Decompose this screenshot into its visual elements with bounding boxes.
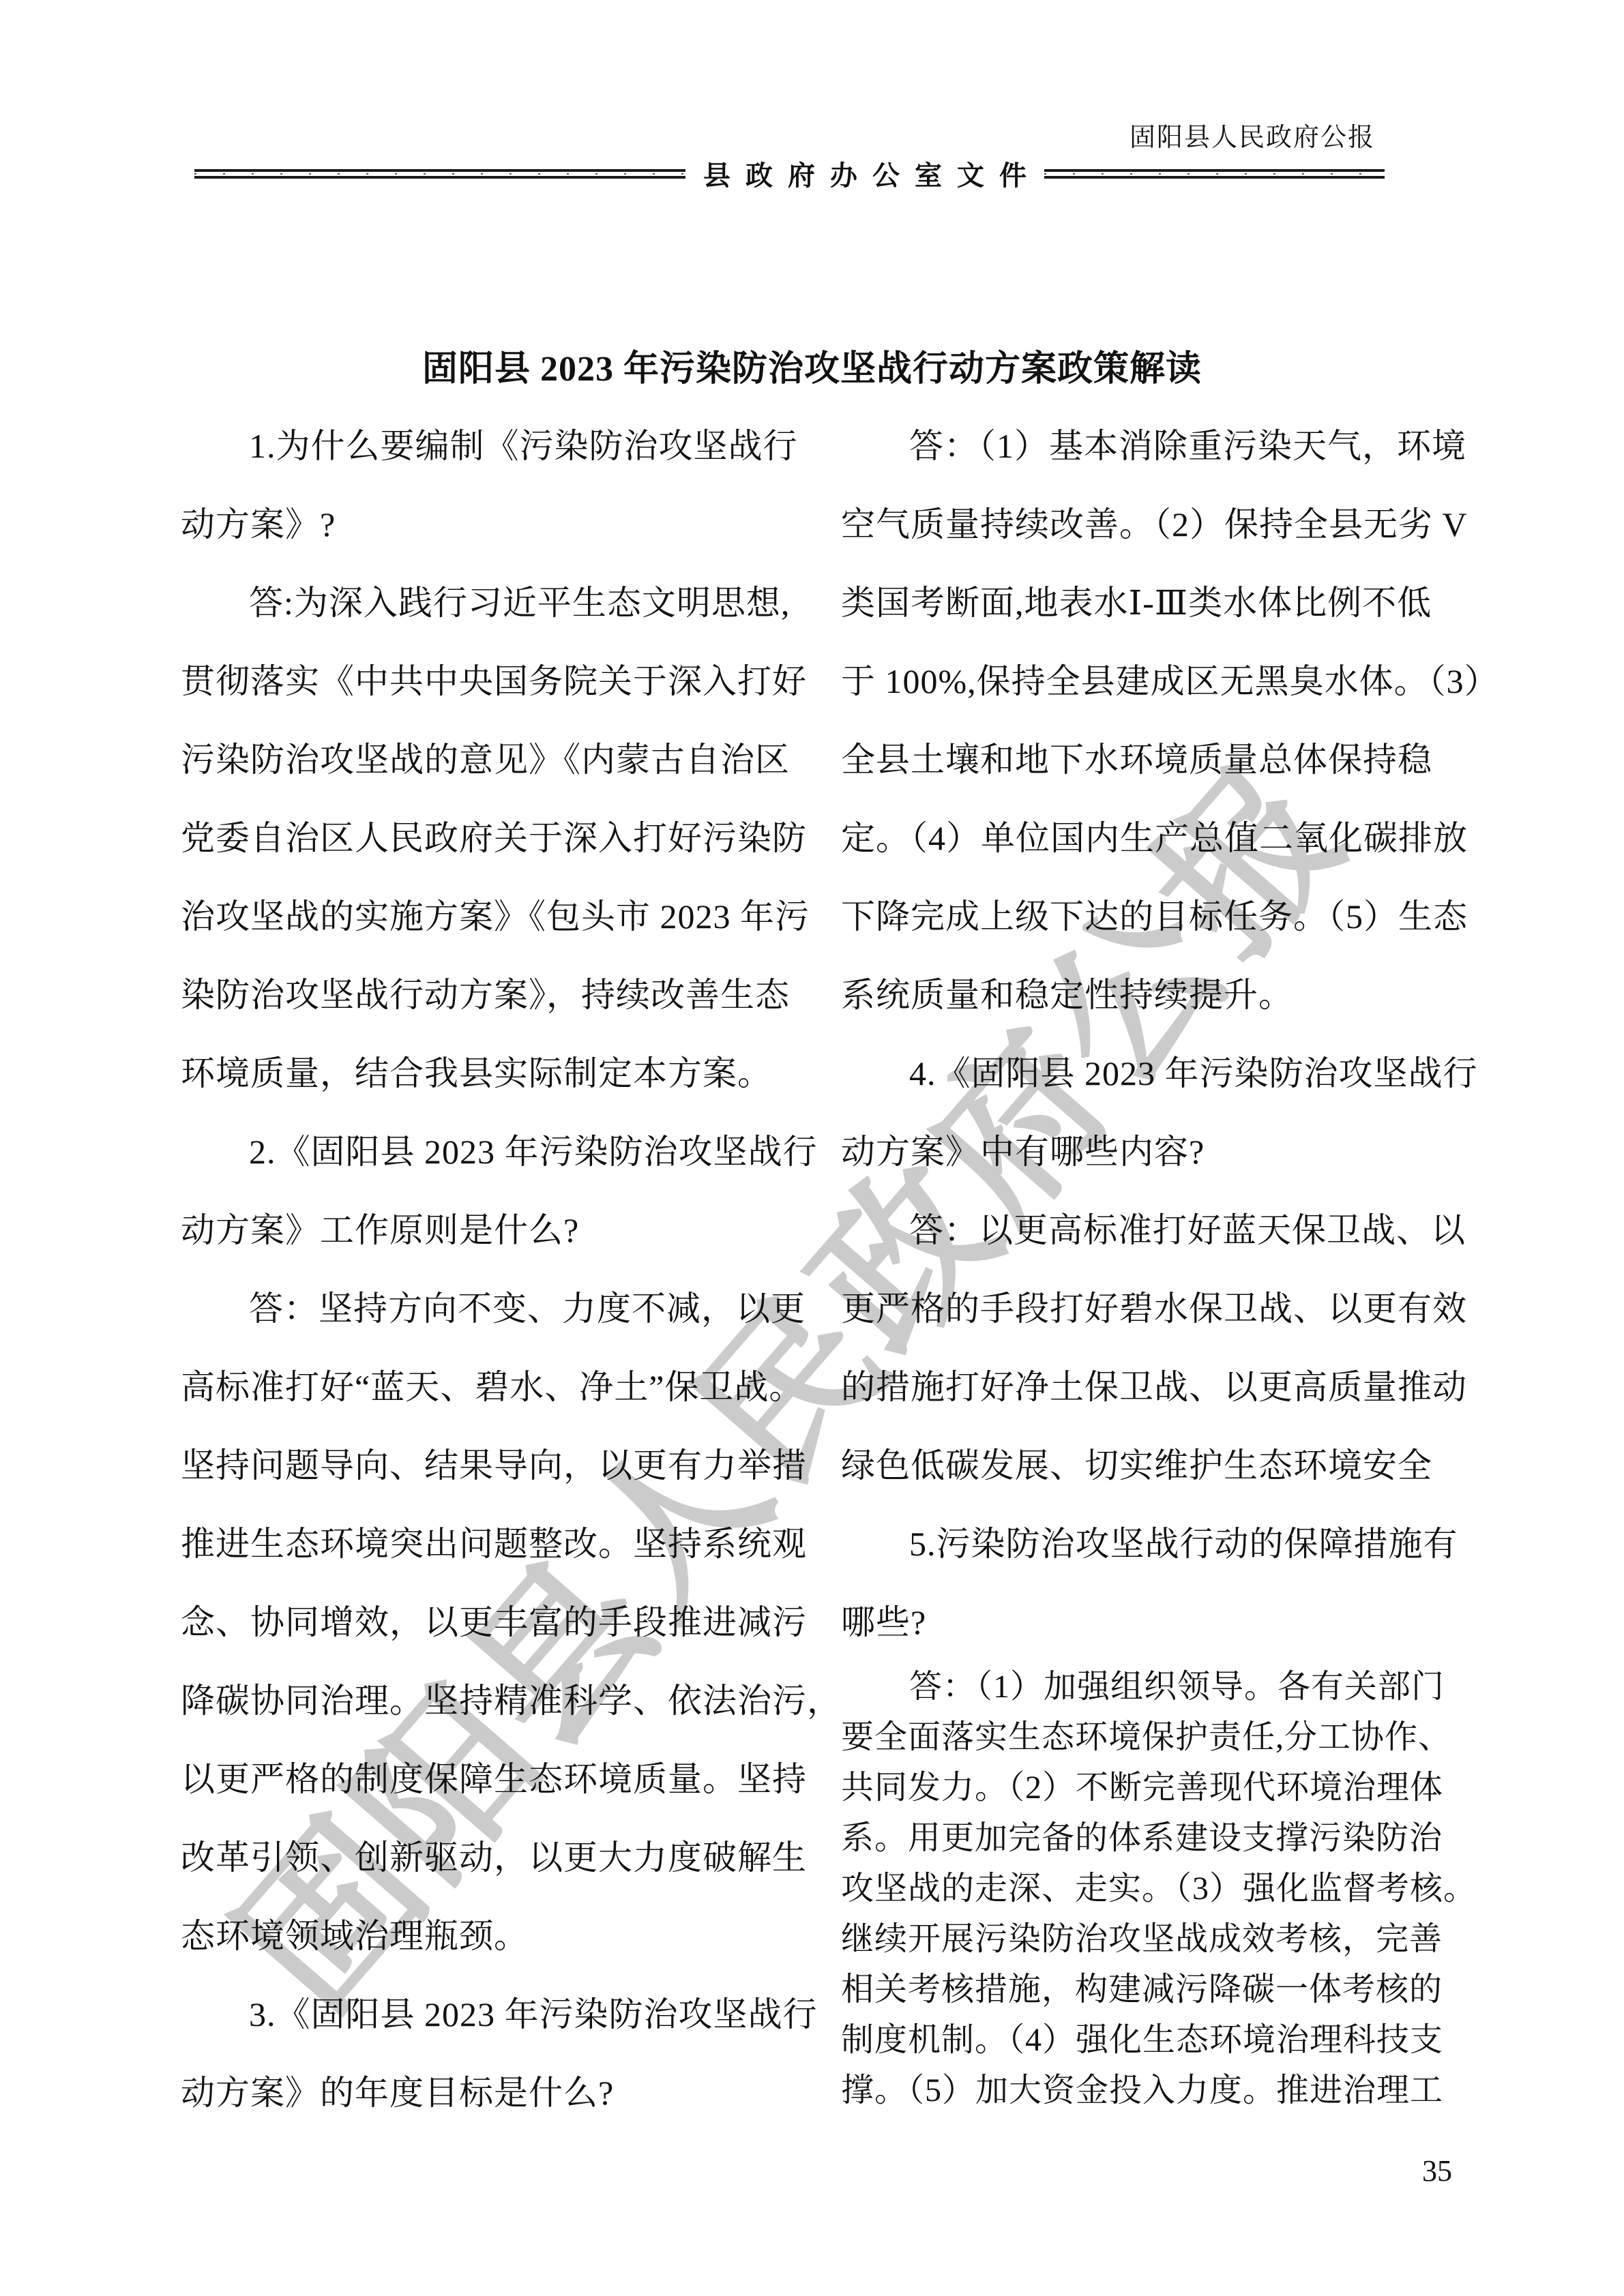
- text-line: 2.《固阳县 2023 年污染防治攻坚战行: [181, 1113, 810, 1191]
- right-column: 答：（1）基本消除重污染天气，环境空气质量持续改善。（2）保持全县无劣 V类国考…: [841, 407, 1470, 2132]
- text-line: 制度机制。（4）强化生态环境治理科技支: [841, 2015, 1470, 2066]
- article-body: 1.为什么要编制《污染防治攻坚战行动方案》?答:为深入践行习近平生态文明思想,贯…: [181, 407, 1470, 2132]
- text-line: 要全面落实生态环境保护责任,分工协作、: [841, 1712, 1470, 1763]
- text-line: 动方案》中有哪些内容?: [841, 1113, 1470, 1191]
- text-line: 以更严格的制度保障生态环境质量。坚持: [181, 1740, 810, 1819]
- text-line: 坚持问题导向、结果导向，以更有力举措: [181, 1427, 810, 1505]
- text-line: 染防治攻坚战行动方案》，持续改善生态: [181, 956, 810, 1034]
- text-line: 动方案》工作原则是什么?: [181, 1191, 810, 1270]
- text-line: 的措施打好净土保卫战、以更高质量推动: [841, 1348, 1470, 1427]
- text-line: 5.污染防治攻坚战行动的保障措施有: [841, 1505, 1470, 1583]
- text-line: 答：（1）基本消除重污染天气，环境: [841, 407, 1470, 486]
- text-line: 推进生态环境突出问题整改。坚持系统观: [181, 1505, 810, 1583]
- text-line: 系统质量和稳定性持续提升。: [841, 956, 1470, 1034]
- left-column: 1.为什么要编制《污染防治攻坚战行动方案》?答:为深入践行习近平生态文明思想,贯…: [181, 407, 810, 2132]
- text-line: 攻坚战的走深、走实。（3）强化监督考核。: [841, 1864, 1470, 1914]
- text-line: 于 100%,保持全县建成区无黑臭水体。（3）: [841, 642, 1470, 721]
- section-label: 县政府办公室文件: [685, 154, 1044, 193]
- text-line: 改革引领、创新驱动，以更大力度破解生: [181, 1819, 810, 1897]
- gazette-title: 固阳县人民政府公报: [1130, 116, 1375, 153]
- text-line: 动方案》的年度目标是什么?: [181, 2054, 810, 2132]
- text-line: 撑。（5）加大资金投入力度。推进治理工: [841, 2066, 1470, 2116]
- text-line: 降碳协同治理。坚持精准科学、依法治污，: [181, 1662, 810, 1740]
- text-line: 动方案》?: [181, 486, 810, 564]
- header-rule-left: [194, 169, 685, 179]
- page-number: 35: [1422, 2153, 1452, 2188]
- text-line: 定。（4）单位国内生产总值二氧化碳排放: [841, 799, 1470, 878]
- text-line: 3.《固阳县 2023 年污染防治攻坚战行: [181, 1976, 810, 2054]
- text-line: 系。用更加完备的体系建设支撑污染防治: [841, 1813, 1470, 1864]
- text-line: 空气质量持续改善。（2）保持全县无劣 V: [841, 486, 1470, 564]
- text-line: 答：（1）加强组织领导。各有关部门: [841, 1662, 1470, 1712]
- article-title: 固阳县 2023 年污染防治攻坚战行动方案政策解读: [0, 340, 1624, 391]
- text-line: 治攻坚战的实施方案》《包头市 2023 年污: [181, 878, 810, 956]
- text-line: 高标准打好“蓝天、碧水、净土”保卫战。: [181, 1348, 810, 1427]
- text-line: 下降完成上级下达的目标任务。（5）生态: [841, 878, 1470, 956]
- text-line: 4.《固阳县 2023 年污染防治攻坚战行: [841, 1034, 1470, 1113]
- header-rule-row: 县政府办公室文件: [194, 154, 1385, 193]
- text-line: 相关考核措施，构建减污降碳一体考核的: [841, 1965, 1470, 2015]
- text-line: 更严格的手段打好碧水保卫战、以更有效: [841, 1270, 1470, 1348]
- text-line: 共同发力。（2）不断完善现代环境治理体: [841, 1763, 1470, 1813]
- text-line: 绿色低碳发展、切实维护生态环境安全: [841, 1427, 1470, 1505]
- text-line: 污染防治攻坚战的意见》《内蒙古自治区: [181, 721, 810, 799]
- right-column-top: 答：（1）基本消除重污染天气，环境空气质量持续改善。（2）保持全县无劣 V类国考…: [841, 407, 1470, 1662]
- text-line: 1.为什么要编制《污染防治攻坚战行: [181, 407, 810, 486]
- text-line: 类国考断面,地表水Ⅰ-Ⅲ类水体比例不低: [841, 564, 1470, 642]
- gazette-page: 固阳县人民政府公报 固阳县人民政府公报 县政府办公室文件 固阳县 2023 年污…: [0, 0, 1624, 2296]
- text-line: 哪些?: [841, 1583, 1470, 1662]
- text-line: 答：坚持方向不变、力度不减，以更: [181, 1270, 810, 1348]
- text-line: 党委自治区人民政府关于深入打好污染防: [181, 799, 810, 878]
- text-line: 环境质量，结合我县实际制定本方案。: [181, 1034, 810, 1113]
- text-line: 态环境领域治理瓶颈。: [181, 1897, 810, 1976]
- text-line: 答:为深入践行习近平生态文明思想,: [181, 564, 810, 642]
- text-line: 继续开展污染防治攻坚战成效考核，完善: [841, 1914, 1470, 1965]
- text-line: 贯彻落实《中共中央国务院关于深入打好: [181, 642, 810, 721]
- right-column-bottom: 答：（1）加强组织领导。各有关部门要全面落实生态环境保护责任,分工协作、共同发力…: [841, 1662, 1470, 2116]
- text-line: 全县土壤和地下水环境质量总体保持稳: [841, 721, 1470, 799]
- text-line: 念、协同增效，以更丰富的手段推进减污: [181, 1583, 810, 1662]
- text-line: 答：以更高标准打好蓝天保卫战、以: [841, 1191, 1470, 1270]
- header-rule-right: [1044, 169, 1385, 179]
